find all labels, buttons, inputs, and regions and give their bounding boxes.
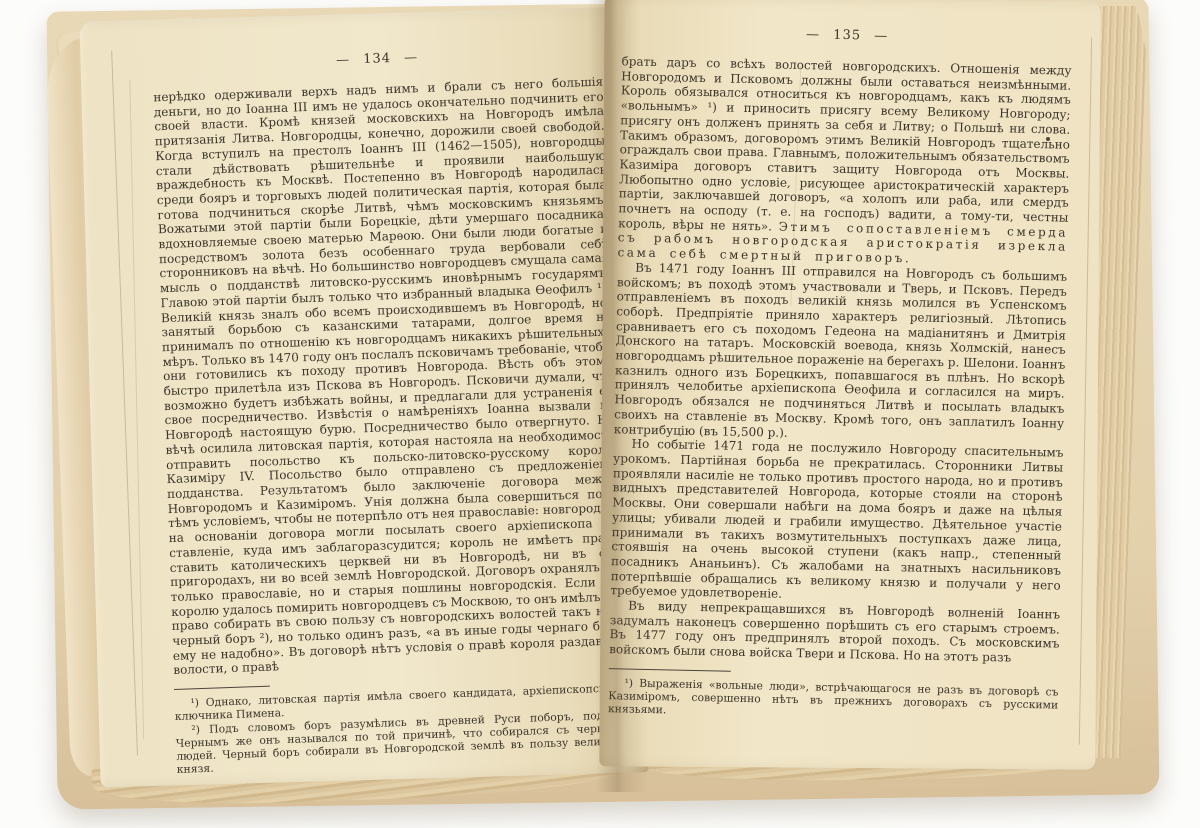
right-paragraph-c: Но событіе 1471 года не послужило Новгор… <box>610 436 1063 607</box>
right-body-text: брать даръ со всѣхъ волостей новгородски… <box>609 54 1072 666</box>
footnotes-right: ¹) Выраженія «вольные люди», встрѣчающаг… <box>608 676 1059 725</box>
page-crease <box>111 51 138 755</box>
right-paragraph-b: Въ 1471 году Іоаннъ III отправился на Но… <box>614 260 1068 446</box>
dust-speck <box>1046 137 1050 141</box>
left-body-text: нерѣдко одерживали верхъ надъ нимъ и бра… <box>153 75 623 678</box>
right-paragraph-a: брать даръ со всѣхъ волостей новгородски… <box>617 54 1071 269</box>
page-left: — 134 — нерѣдко одерживали верхъ надъ ни… <box>79 6 648 787</box>
dust-speck <box>418 489 420 491</box>
right-paragraph-a-text: брать даръ со всѣхъ волостей новгородски… <box>618 54 1072 233</box>
page-crease <box>1079 38 1092 744</box>
footnote-divider-left <box>174 686 270 690</box>
footnote-divider-right <box>609 668 731 672</box>
footnote-1: ¹) Выраженія «вольные люди», встрѣчающаг… <box>608 676 1059 725</box>
book-photo: — 134 — нерѣдко одерживали верхъ надъ ни… <box>0 0 1200 828</box>
right-paragraph-d: Въ виду непрекращавшихся въ Новгородѣ во… <box>609 598 1060 666</box>
page-number-left: — 134 — <box>152 44 602 75</box>
page-right: — 135 — брать даръ со всѣхъ волостей нов… <box>599 0 1100 770</box>
left-paragraph: нерѣдко одерживали верхъ надъ нимъ и бра… <box>153 75 623 678</box>
footnotes-left: ¹) Однако, литовская партія имѣла своего… <box>174 681 626 776</box>
page-number-right: — 135 — <box>622 23 1072 47</box>
page-crease <box>129 80 144 739</box>
